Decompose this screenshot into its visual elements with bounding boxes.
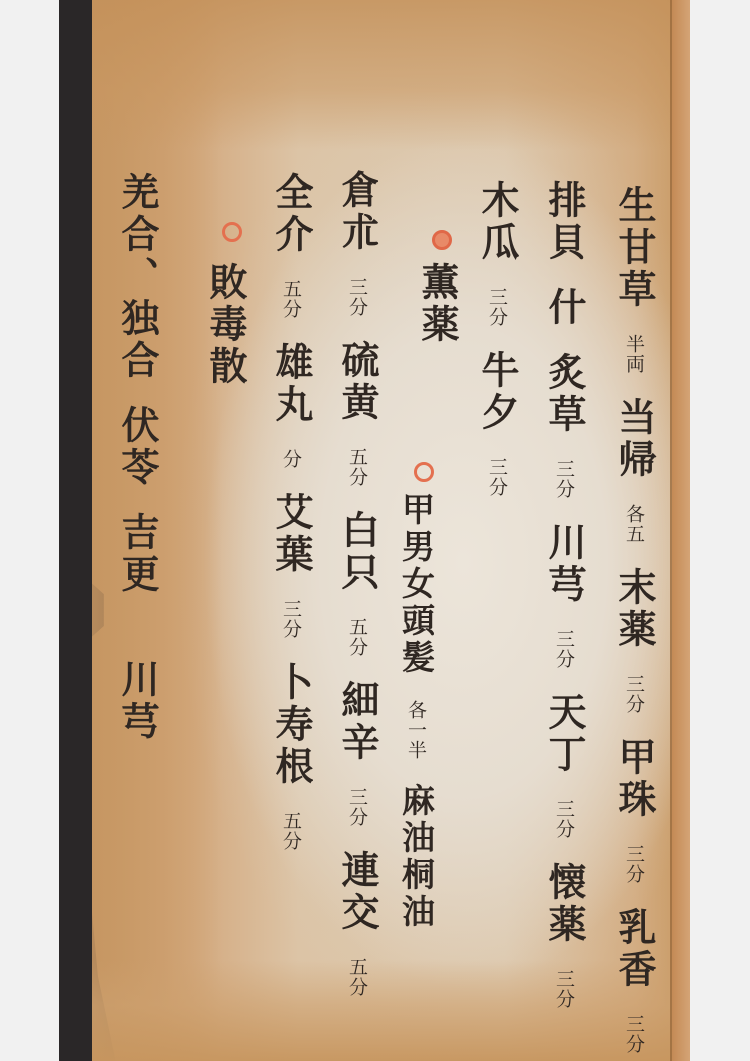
dose: 五分 [346,957,368,997]
dose: 五分 [346,617,368,657]
dose: 三分 [623,844,645,884]
dose: 三分 [346,787,368,827]
herb-name: 雄丸 [269,342,314,426]
text-column-8: 敗毒散 [206,262,244,388]
herb-name: 炙草 [542,352,587,436]
dose: 三分 [623,1014,645,1054]
red-circle-mark-icon [414,462,434,482]
herb-name: 懐薬 [542,862,587,946]
document-page [92,0,682,1061]
red-circle-mark-icon [432,230,452,250]
herb-name: 甲男女頭髪 [397,492,436,677]
text-column-4: 薫薬 [418,262,456,346]
herb-name: 伏苓 [115,405,160,489]
herb-name: 全介 [269,172,314,256]
herb-name: 卜寿根 [269,662,314,788]
dose: 三分 [553,799,575,839]
page-spine-edge [672,0,690,1061]
dose: 半両 [623,334,645,374]
text-column-3: 木瓜 三分 牛夕 三分 [478,180,516,497]
text-column-5: 甲男女頭髪 各一半 麻油桐油 [400,492,433,931]
herb-name: 麻油桐油 [397,783,436,931]
herb-name: 木瓜 [475,180,520,264]
text-column-6: 倉朮 三分 硫黄 五分 白只 五分 細辛 三分 連交 五分 [338,170,376,997]
herb-name: 末薬 [612,567,657,651]
herb-name: 当帰 [612,397,657,481]
dose: 三分 [280,599,302,639]
dose: 三分 [623,674,645,714]
dose: 三分 [553,629,575,669]
herb-name: 排貝 [542,180,587,264]
herb-name: 吉更 [115,512,160,596]
text-column-9: 羌合、独合 伏苓 吉更 川芎 [118,172,156,743]
herb-name: 川芎 [542,522,587,606]
herb-name: 連交 [335,850,380,934]
dose: 五分 [346,447,368,487]
text-column-7: 全介 五分 雄丸 分 艾葉 三分 卜寿根 五分 [272,172,310,851]
formula-title: 薫薬 [415,262,460,346]
red-circle-mark-icon [222,222,242,242]
herb-name: 細辛 [335,680,380,764]
dose: 各五 [623,504,645,544]
text-column-1: 生甘草 半両 当帰 各五 末薬 三分 甲珠 三分 乳香 三分 [615,185,653,1054]
text-column-2: 排貝 什 炙草 三分 川芎 三分 天丁 三分 懐薬 三分 [545,180,583,1009]
herb-name: 倉朮 [335,170,380,254]
herb-name: 羌合、独合 [115,172,160,382]
dose: 三分 [553,459,575,499]
herb-name: 乳香 [612,907,657,991]
herb-name: 白只 [335,510,380,594]
herb-name: 艾葉 [269,492,314,576]
dose: 三分 [346,277,368,317]
herb-name: 天丁 [542,692,587,776]
herb-name: 硫黄 [335,340,380,424]
dose: 五分 [280,811,302,851]
dose: 三分 [553,969,575,1009]
dose: 五分 [280,279,302,319]
dose: 三分 [486,457,508,497]
dose: 各一半 [405,700,427,760]
dose: 三分 [486,287,508,327]
herb-name: 甲珠 [612,737,657,821]
herb-name: 川芎 [115,659,160,743]
herb-name: 生甘草 [612,185,657,311]
formula-title: 敗毒散 [203,262,248,388]
herb-name: 什 [542,287,587,329]
herb-name: 牛夕 [475,350,520,434]
dose: 分 [280,449,302,469]
